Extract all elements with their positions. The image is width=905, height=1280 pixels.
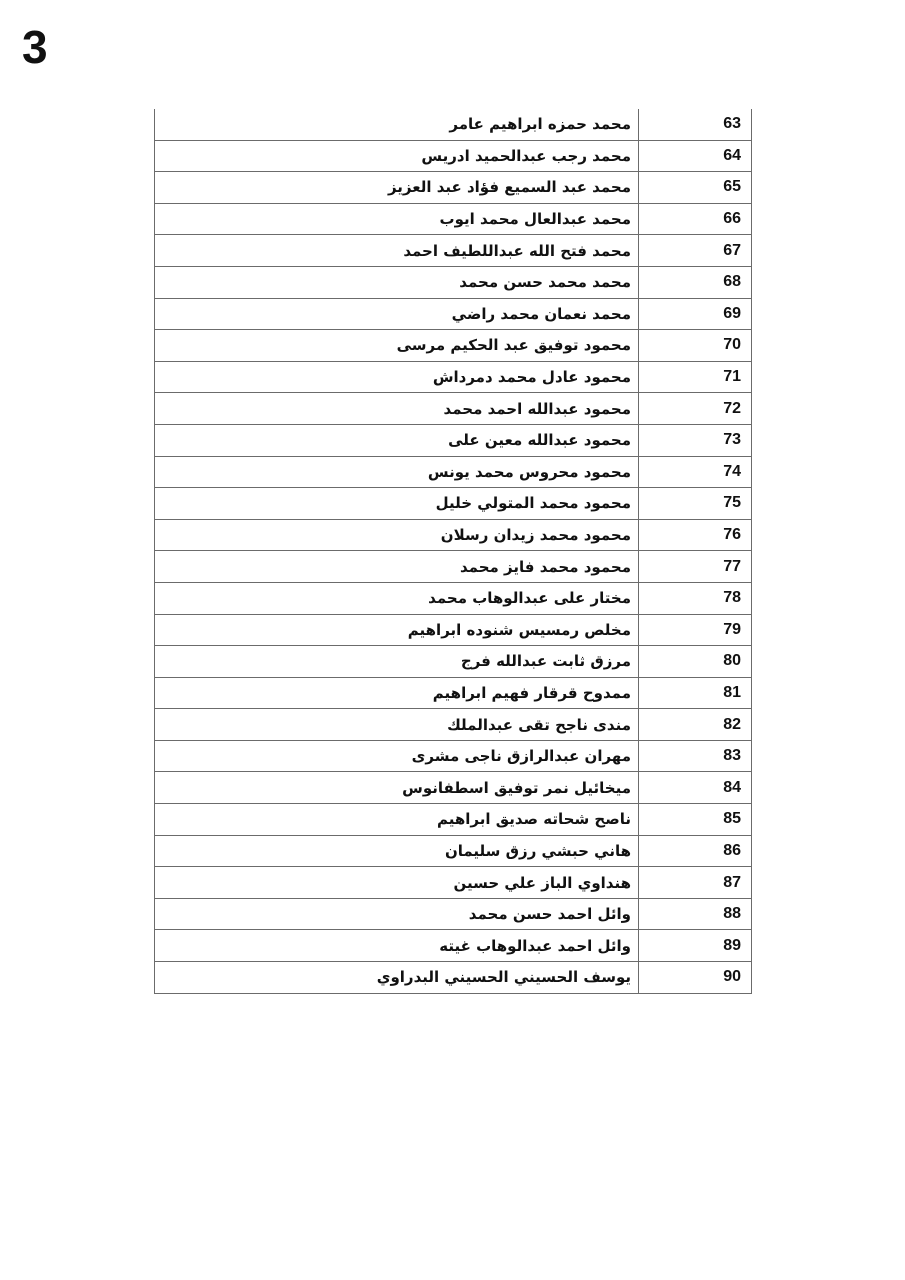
- row-number-cell: 72: [639, 393, 752, 425]
- person-name-cell: محمود محمد فايز محمد: [155, 551, 639, 583]
- table-row: 72محمود عبدالله احمد محمد: [155, 393, 752, 425]
- table-row: 71محمود عادل محمد دمرداش: [155, 361, 752, 393]
- person-name-cell: محمود عبدالله معين على: [155, 424, 639, 456]
- row-number-cell: 70: [639, 330, 752, 362]
- row-number-cell: 80: [639, 646, 752, 678]
- table-row: 65محمد عبد السميع فؤاد عبد العزيز: [155, 172, 752, 204]
- row-number-cell: 87: [639, 867, 752, 899]
- person-name-cell: مخلص رمسيس شنوده ابراهيم: [155, 614, 639, 646]
- table-row: 76محمود محمد زيدان رسلان: [155, 519, 752, 551]
- table-row: 89وائل احمد عبدالوهاب غيته: [155, 930, 752, 962]
- person-name-cell: ناصح شحاته صديق ابراهيم: [155, 804, 639, 836]
- table-row: 67محمد فتح الله عبداللطيف احمد: [155, 235, 752, 267]
- person-name-cell: محمد حمزه ابراهيم عامر: [155, 109, 639, 140]
- person-name-cell: محمود محمد زيدان رسلان: [155, 519, 639, 551]
- table-row: 86هاني حبشي رزق سليمان: [155, 835, 752, 867]
- row-number-cell: 90: [639, 962, 752, 994]
- person-name-cell: ميخائيل نمر توفيق اسطفانوس: [155, 772, 639, 804]
- table-row: 70محمود توفيق عبد الحكيم مرسى: [155, 330, 752, 362]
- person-name-cell: محمود محمد المتولي خليل: [155, 488, 639, 520]
- row-number-cell: 65: [639, 172, 752, 204]
- person-name-cell: محمود عادل محمد دمرداش: [155, 361, 639, 393]
- table-row: 63محمد حمزه ابراهيم عامر: [155, 109, 752, 140]
- names-table-body: 63محمد حمزه ابراهيم عامر64محمد رجب عبدال…: [155, 109, 752, 993]
- person-name-cell: مهران عبدالرازق ناجى مشرى: [155, 740, 639, 772]
- row-number-cell: 73: [639, 424, 752, 456]
- person-name-cell: محمود توفيق عبد الحكيم مرسى: [155, 330, 639, 362]
- person-name-cell: محمود محروس محمد يونس: [155, 456, 639, 488]
- person-name-cell: محمد محمد حسن محمد: [155, 266, 639, 298]
- row-number-cell: 79: [639, 614, 752, 646]
- person-name-cell: مختار على عبدالوهاب محمد: [155, 582, 639, 614]
- table-row: 83مهران عبدالرازق ناجى مشرى: [155, 740, 752, 772]
- table-row: 68محمد محمد حسن محمد: [155, 266, 752, 298]
- row-number-cell: 85: [639, 804, 752, 836]
- row-number-cell: 76: [639, 519, 752, 551]
- row-number-cell: 81: [639, 677, 752, 709]
- row-number-cell: 84: [639, 772, 752, 804]
- person-name-cell: محمد رجب عبدالحميد ادريس: [155, 140, 639, 172]
- person-name-cell: هاني حبشي رزق سليمان: [155, 835, 639, 867]
- row-number-cell: 89: [639, 930, 752, 962]
- person-name-cell: محمد عبد السميع فؤاد عبد العزيز: [155, 172, 639, 204]
- row-number-cell: 68: [639, 266, 752, 298]
- person-name-cell: هنداوي الباز علي حسين: [155, 867, 639, 899]
- table-row: 74محمود محروس محمد يونس: [155, 456, 752, 488]
- person-name-cell: محمود عبدالله احمد محمد: [155, 393, 639, 425]
- row-number-cell: 86: [639, 835, 752, 867]
- row-number-cell: 78: [639, 582, 752, 614]
- table-row: 90يوسف الحسيني الحسيني البدراوي: [155, 962, 752, 994]
- table-row: 84ميخائيل نمر توفيق اسطفانوس: [155, 772, 752, 804]
- table-row: 69محمد نعمان محمد راضي: [155, 298, 752, 330]
- row-number-cell: 77: [639, 551, 752, 583]
- person-name-cell: ممدوح قرقار فهيم ابراهيم: [155, 677, 639, 709]
- table-row: 73محمود عبدالله معين على: [155, 424, 752, 456]
- person-name-cell: مرزق ثابت عبدالله فرج: [155, 646, 639, 678]
- person-name-cell: محمد نعمان محمد راضي: [155, 298, 639, 330]
- person-name-cell: محمد عبدالعال محمد ايوب: [155, 203, 639, 235]
- names-table: 63محمد حمزه ابراهيم عامر64محمد رجب عبدال…: [154, 109, 752, 994]
- row-number-cell: 67: [639, 235, 752, 267]
- page-number: 3: [22, 24, 48, 70]
- row-number-cell: 63: [639, 109, 752, 140]
- row-number-cell: 88: [639, 898, 752, 930]
- table-row: 88وائل احمد حسن محمد: [155, 898, 752, 930]
- table-row: 80مرزق ثابت عبدالله فرج: [155, 646, 752, 678]
- table-row: 66محمد عبدالعال محمد ايوب: [155, 203, 752, 235]
- table-row: 85ناصح شحاته صديق ابراهيم: [155, 804, 752, 836]
- person-name-cell: مندى ناجح تقى عبدالملك: [155, 709, 639, 741]
- person-name-cell: وائل احمد حسن محمد: [155, 898, 639, 930]
- table-row: 82مندى ناجح تقى عبدالملك: [155, 709, 752, 741]
- row-number-cell: 75: [639, 488, 752, 520]
- row-number-cell: 74: [639, 456, 752, 488]
- table-row: 75محمود محمد المتولي خليل: [155, 488, 752, 520]
- row-number-cell: 64: [639, 140, 752, 172]
- row-number-cell: 71: [639, 361, 752, 393]
- table-row: 78مختار على عبدالوهاب محمد: [155, 582, 752, 614]
- row-number-cell: 66: [639, 203, 752, 235]
- person-name-cell: يوسف الحسيني الحسيني البدراوي: [155, 962, 639, 994]
- person-name-cell: وائل احمد عبدالوهاب غيته: [155, 930, 639, 962]
- row-number-cell: 83: [639, 740, 752, 772]
- person-name-cell: محمد فتح الله عبداللطيف احمد: [155, 235, 639, 267]
- table-row: 81ممدوح قرقار فهيم ابراهيم: [155, 677, 752, 709]
- row-number-cell: 69: [639, 298, 752, 330]
- table-row: 64محمد رجب عبدالحميد ادريس: [155, 140, 752, 172]
- row-number-cell: 82: [639, 709, 752, 741]
- table-row: 79مخلص رمسيس شنوده ابراهيم: [155, 614, 752, 646]
- table-row: 77محمود محمد فايز محمد: [155, 551, 752, 583]
- table-row: 87هنداوي الباز علي حسين: [155, 867, 752, 899]
